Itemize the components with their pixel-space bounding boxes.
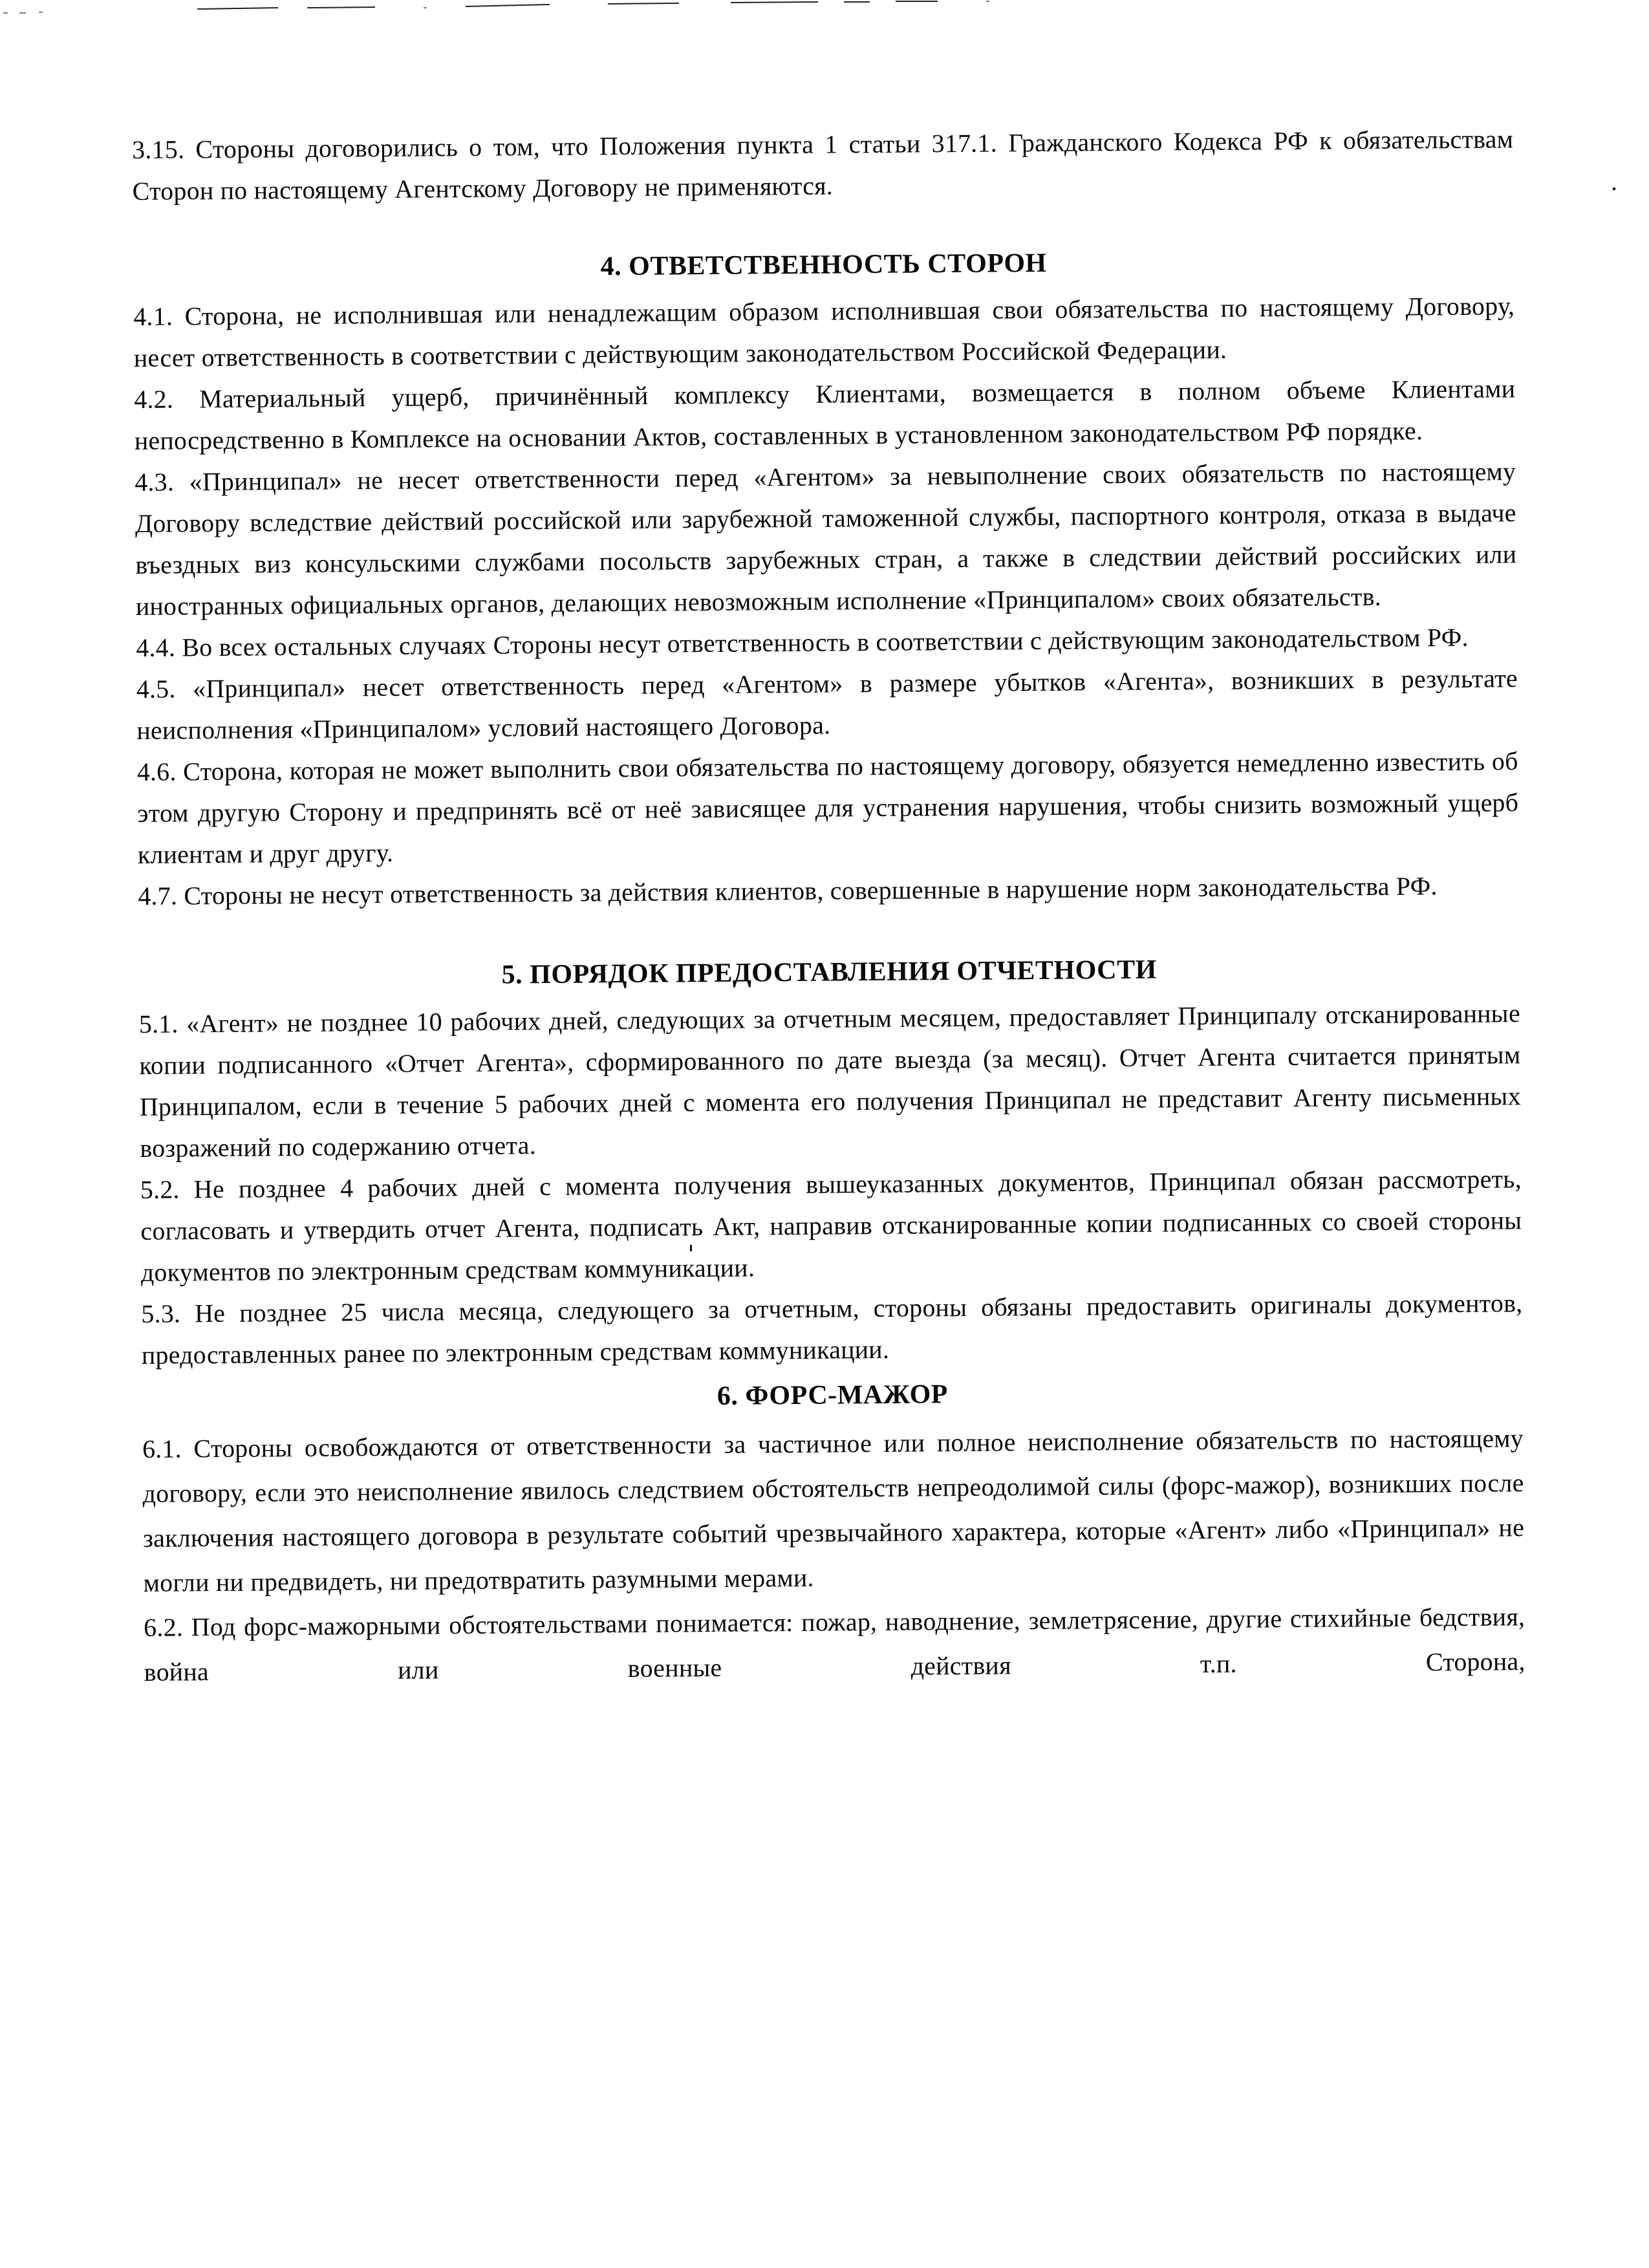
section-force-majeure: 6. ФОРС-МАЖОР 6.1. Стороны освобождаются… bbox=[142, 1369, 1525, 1694]
section-reporting: 5. ПОРЯДОК ПРЕДОСТАВЛЕНИЯ ОТЧЕТНОСТИ 5.1… bbox=[138, 946, 1523, 1376]
clause-4-5: 4.5. «Принципал» несет ответственность п… bbox=[136, 658, 1518, 751]
scan-lines-decoration bbox=[0, 0, 1649, 19]
clause-4-6: 4.6. Сторона, которая не может выполнить… bbox=[137, 740, 1519, 876]
clause-4-1: 4.1. Сторона, не исполнившая или ненадле… bbox=[133, 285, 1515, 379]
clause-4-3: 4.3. «Принципал» не несет ответственност… bbox=[135, 451, 1517, 627]
document-body: 3.15. Стороны договорились о том, что По… bbox=[132, 118, 1525, 1694]
section-liability: 4. ОТВЕТСТВЕННОСТЬ СТОРОН 4.1. Сторона, … bbox=[133, 239, 1519, 917]
scan-speck bbox=[1613, 188, 1615, 190]
scanned-document-page: 3.15. Стороны договорились о том, что По… bbox=[0, 0, 1649, 2268]
clause-5-1: 5.1. «Агент» не позднее 10 рабочих дней,… bbox=[139, 993, 1522, 1169]
clause-4-2: 4.2. Материальный ущерб, причинённый ком… bbox=[134, 368, 1516, 462]
section-heading-liability: 4. ОТВЕТСТВЕННОСТЬ СТОРОН bbox=[133, 239, 1514, 291]
intro-clauses: 3.15. Стороны договорились о том, что По… bbox=[132, 118, 1514, 212]
clause-3-15: 3.15. Стороны договорились о том, что По… bbox=[132, 118, 1514, 212]
clause-5-2: 5.2. Не позднее 4 рабочих дней с момента… bbox=[140, 1158, 1522, 1293]
section-heading-force-majeure: 6. ФОРС-МАЖОР bbox=[142, 1369, 1523, 1421]
clause-6-1: 6.1. Стороны освобождаются от ответствен… bbox=[142, 1416, 1525, 1605]
clause-6-2: 6.2. Под форс-мажорными обстоятельствами… bbox=[144, 1594, 1525, 1694]
scan-edge-artifacts bbox=[0, 0, 1649, 19]
clause-5-3: 5.3. Не позднее 25 числа месяца, следующ… bbox=[141, 1282, 1523, 1376]
section-heading-reporting: 5. ПОРЯДОК ПРЕДОСТАВЛЕНИЯ ОТЧЕТНОСТИ bbox=[138, 946, 1520, 999]
